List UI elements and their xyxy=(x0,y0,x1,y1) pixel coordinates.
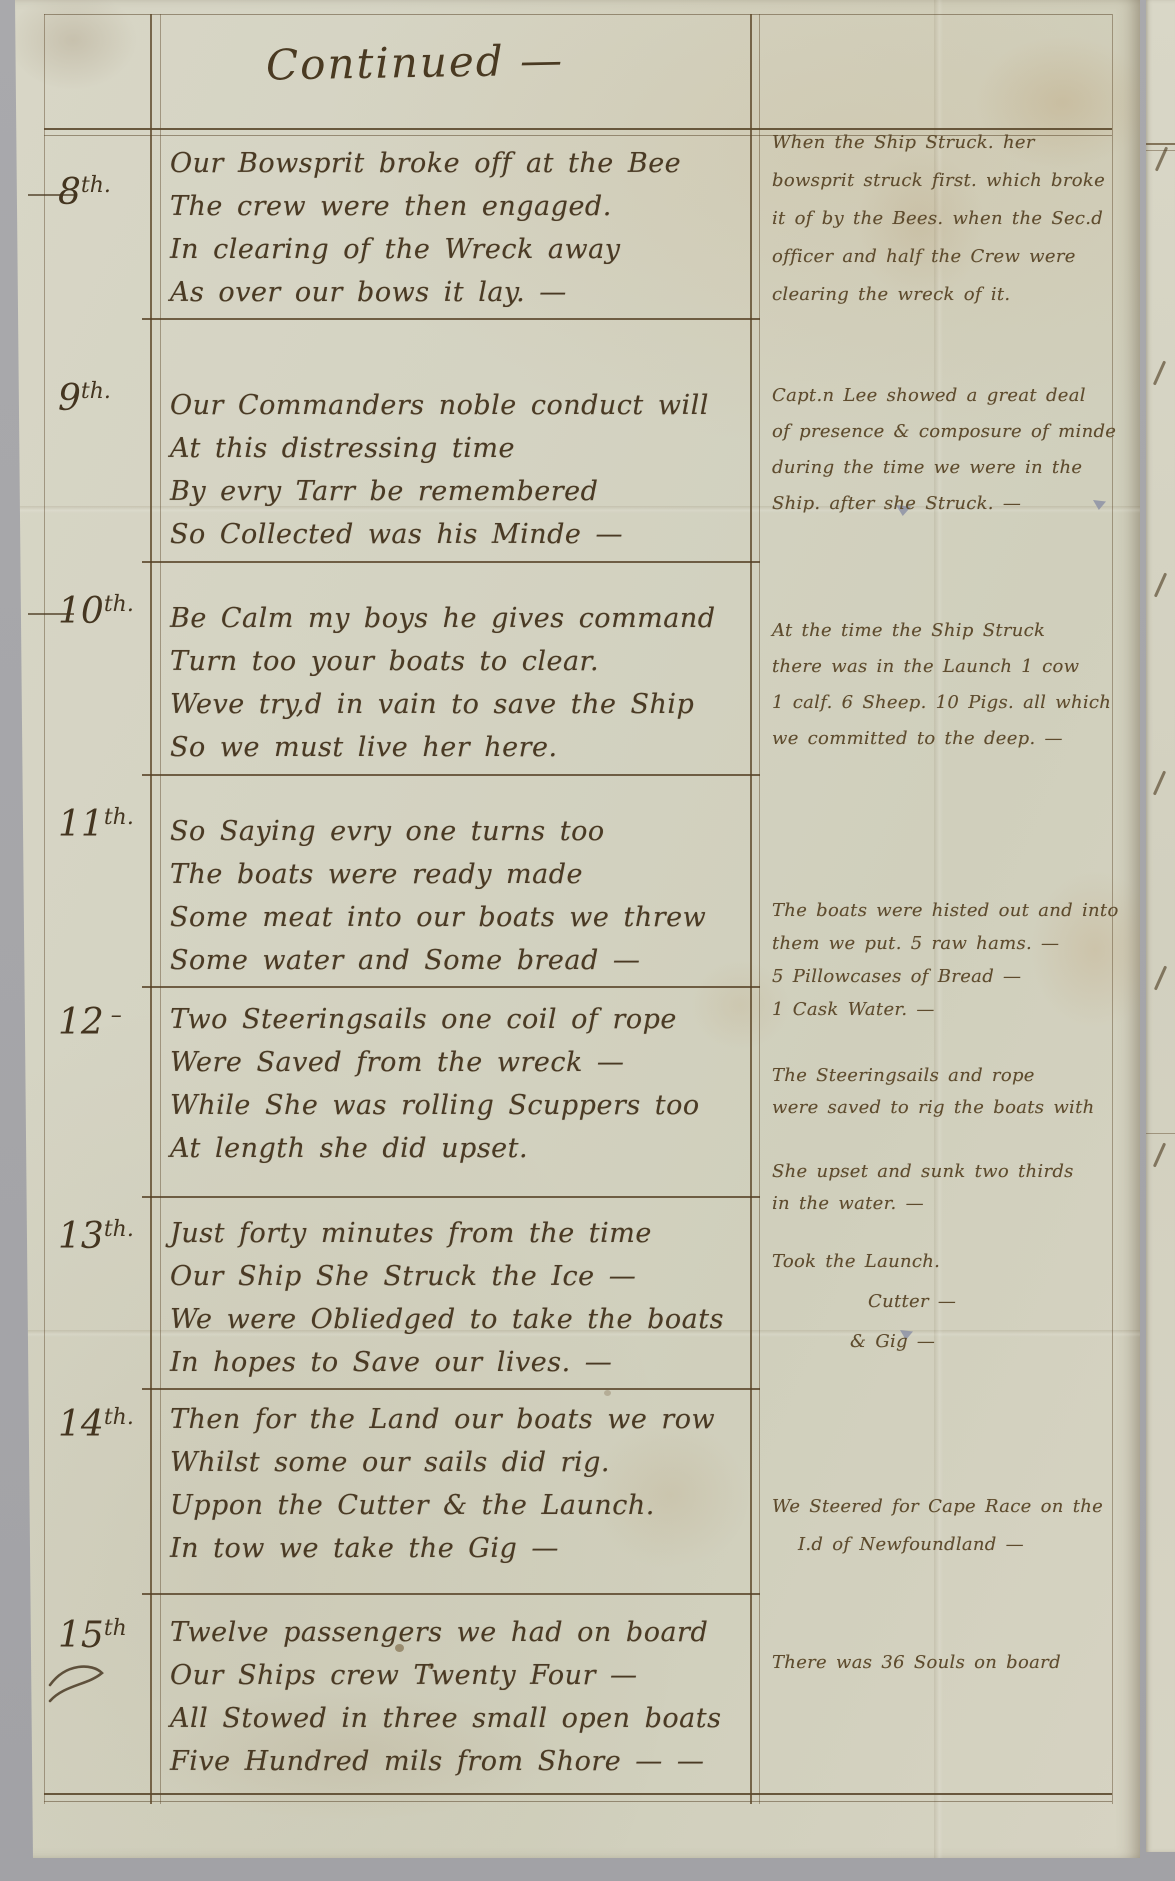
table-rule xyxy=(1146,1133,1175,1134)
entry-row: 8th. Our Bowsprit broke off at the BeeTh… xyxy=(0,136,1140,320)
verse-line: Weve try,d in vain to save the Ship xyxy=(170,683,770,726)
verse-line: Five Hundred mils from Shore — — xyxy=(170,1740,770,1783)
note-line: we committed to the deep. — xyxy=(772,721,1132,757)
entry-number-value: 11 xyxy=(58,804,104,845)
note-line: Took the Launch. xyxy=(772,1242,1132,1282)
entry-number: 12 – xyxy=(58,1002,158,1043)
verse-line: As over our bows it lay. — xyxy=(170,271,770,314)
note-line: clearing the wreck of it. xyxy=(772,276,1132,314)
note-line: Capt.n Lee showed a great deal xyxy=(772,378,1132,414)
verse-column: Our Commanders noble conduct willAt this… xyxy=(170,320,770,556)
table-rule-top xyxy=(44,14,1112,15)
entry-number-suffix: th. xyxy=(104,805,134,830)
verse-line: Were Saved from the wreck — xyxy=(170,1041,770,1084)
verse-line: In clearing of the Wreck away xyxy=(170,228,770,271)
note-column: Capt.n Lee showed a great dealof presenc… xyxy=(772,378,1132,522)
note-column: At the time the Ship Struckthere was in … xyxy=(772,613,1132,757)
table-rule xyxy=(1146,150,1175,151)
note-line: When the Ship Struck. her xyxy=(772,124,1132,162)
entry-number: 10th. xyxy=(58,591,158,632)
verse-line: Then for the Land our boats we row xyxy=(170,1398,770,1441)
page-title: Continued — xyxy=(205,34,626,90)
note-column: There was 36 Souls on board xyxy=(772,1645,1132,1681)
note-line: We Steered for Cape Race on the xyxy=(772,1488,1132,1526)
verse-line: Our Ship She Struck the Ice — xyxy=(170,1255,770,1298)
note-column: Took the Launch.Cutter —& Gig — xyxy=(772,1242,1132,1362)
note-line: 1 calf. 6 Sheep. 10 Pigs. all which xyxy=(772,685,1132,721)
note-line xyxy=(772,1124,1132,1156)
entry-row: 9th. Our Commanders noble conduct willAt… xyxy=(0,320,1140,563)
entry-row: 13th. Just forty minutes from the timeOu… xyxy=(0,1198,1140,1390)
note-line: officer and half the Crew were xyxy=(772,238,1132,276)
entry-row: 11th. So Saying evry one turns tooThe bo… xyxy=(0,776,1140,988)
entry-number: 14th. xyxy=(58,1404,158,1445)
entry-number-value: 9 xyxy=(58,378,81,419)
note-line: She upset and sunk two thirds xyxy=(772,1156,1132,1188)
verse-line: Be Calm my boys he gives command xyxy=(170,597,770,640)
entry-number-value: 15 xyxy=(58,1615,104,1656)
pen-mark xyxy=(1153,361,1166,386)
entry-row: 10th. Be Calm my boys he gives commandTu… xyxy=(0,563,1140,776)
verse-line: While She was rolling Scuppers too xyxy=(170,1084,770,1127)
entry-number-suffix: th. xyxy=(104,1217,134,1242)
note-line: There was 36 Souls on board xyxy=(772,1645,1132,1681)
verse-column: So Saying evry one turns tooThe boats we… xyxy=(170,776,770,982)
verse-line: So Saying evry one turns too xyxy=(170,810,770,853)
note-line: during the time we were in the xyxy=(772,450,1132,486)
verse-line: The crew were then engaged. xyxy=(170,185,770,228)
entry-row: 14th. Then for the Land our boats we row… xyxy=(0,1390,1140,1595)
verse-line: Two Steeringsails one coil of rope xyxy=(170,998,770,1041)
pen-mark xyxy=(1153,771,1166,796)
note-line: Cutter — xyxy=(868,1282,1132,1322)
pen-mark xyxy=(1153,1143,1166,1168)
note-column: The Steeringsails and ropewere saved to … xyxy=(772,1060,1132,1220)
pen-mark xyxy=(1154,573,1167,598)
adjacent-page-edge xyxy=(1146,0,1175,1852)
entry-number: 15th xyxy=(58,1615,158,1656)
entry-number: 11th. xyxy=(58,804,158,845)
note-line: Ship. after she Struck. — xyxy=(772,486,1132,522)
entry-number-suffix: th. xyxy=(104,592,134,617)
verse-column: Be Calm my boys he gives commandTurn too… xyxy=(170,563,770,769)
note-line: The boats were histed out and into xyxy=(772,894,1132,927)
entry-row: 15th Twelve passengers we had on boardOu… xyxy=(0,1595,1140,1805)
verse-column: Just forty minutes from the timeOur Ship… xyxy=(170,1198,770,1384)
entry-number-value: 10 xyxy=(58,591,104,632)
note-line: were saved to rig the boats with xyxy=(772,1092,1132,1124)
entry-number: 13th. xyxy=(58,1216,158,1257)
verse-line: Some water and Some bread — xyxy=(170,939,770,982)
note-line: bowsprit struck first. which broke xyxy=(772,162,1132,200)
verse-line: Whilst some our sails did rig. xyxy=(170,1441,770,1484)
note-line: it of by the Bees. when the Sec.d xyxy=(772,200,1132,238)
verse-line: Our Bowsprit broke off at the Bee xyxy=(170,142,770,185)
note-line: I.d of Newfoundland — xyxy=(798,1526,1132,1564)
note-line: there was in the Launch 1 cow xyxy=(772,649,1132,685)
entry-number-suffix: th xyxy=(104,1616,127,1641)
entries: 8th. Our Bowsprit broke off at the BeeTh… xyxy=(0,136,1140,1805)
note-line: At the time the Ship Struck xyxy=(772,613,1132,649)
verse-line: All Stowed in three small open boats xyxy=(170,1697,770,1740)
verse-line: At this distressing time xyxy=(170,427,770,470)
entry-number-suffix: th. xyxy=(81,379,111,404)
pen-mark xyxy=(1154,966,1167,991)
entry-number-value: 8 xyxy=(58,172,81,213)
entry-row: 12 – Two Steeringsails one coil of ropeW… xyxy=(0,988,1140,1198)
entry-number-value: 13 xyxy=(58,1216,104,1257)
verse-column: Two Steeringsails one coil of ropeWere S… xyxy=(170,988,770,1170)
entry-number-suffix: th. xyxy=(81,173,111,198)
entry-number-suffix: th. xyxy=(104,1405,134,1430)
verse-line: In hopes to Save our lives. — xyxy=(170,1341,770,1384)
verse-line: Our Commanders noble conduct will xyxy=(170,384,770,427)
note-line: & Gig — xyxy=(850,1322,1132,1362)
note-line: The Steeringsails and rope xyxy=(772,1060,1132,1092)
note-column: We Steered for Cape Race on theI.d of Ne… xyxy=(772,1488,1132,1564)
note-line: of presence & composure of minde xyxy=(772,414,1132,450)
verse-line: Uppon the Cutter & the Launch. xyxy=(170,1484,770,1527)
manuscript-page: Continued — 8th. Our Bowsprit broke off … xyxy=(0,0,1140,1858)
verse-line: Turn too your boats to clear. xyxy=(170,640,770,683)
verse-line: So Collected was his Minde — xyxy=(170,513,770,556)
verse-line: We were Obliedged to take the boats xyxy=(170,1298,770,1341)
verse-line: Just forty minutes from the time xyxy=(170,1212,770,1255)
entry-number: 9th. xyxy=(58,378,158,419)
verse-line: At length she did upset. xyxy=(170,1127,770,1170)
entry-number: 8th. xyxy=(58,172,158,213)
verse-line: So we must live her here. xyxy=(170,726,770,769)
verse-column: Twelve passengers we had on boardOur Shi… xyxy=(170,1595,770,1783)
verse-line: Our Ships crew Twenty Four — xyxy=(170,1654,770,1697)
verse-line: By evry Tarr be remembered xyxy=(170,470,770,513)
note-line: them we put. 5 raw hams. — xyxy=(772,927,1132,960)
verse-column: Our Bowsprit broke off at the BeeThe cre… xyxy=(170,136,770,314)
verse-line: Twelve passengers we had on board xyxy=(170,1611,770,1654)
entry-number-value: 14 xyxy=(58,1404,104,1445)
flourish-mark xyxy=(44,1661,108,1705)
entry-number-suffix: – xyxy=(104,1003,122,1028)
note-column: When the Ship Struck. herbowsprit struck… xyxy=(772,124,1132,314)
verse-line: The boats were ready made xyxy=(170,853,770,896)
verse-column: Then for the Land our boats we rowWhilst… xyxy=(170,1390,770,1570)
verse-line: Some meat into our boats we threw xyxy=(170,896,770,939)
entry-number-value: 12 xyxy=(58,1002,104,1043)
verse-line: In tow we take the Gig — xyxy=(170,1527,770,1570)
table-rule xyxy=(1146,143,1175,145)
